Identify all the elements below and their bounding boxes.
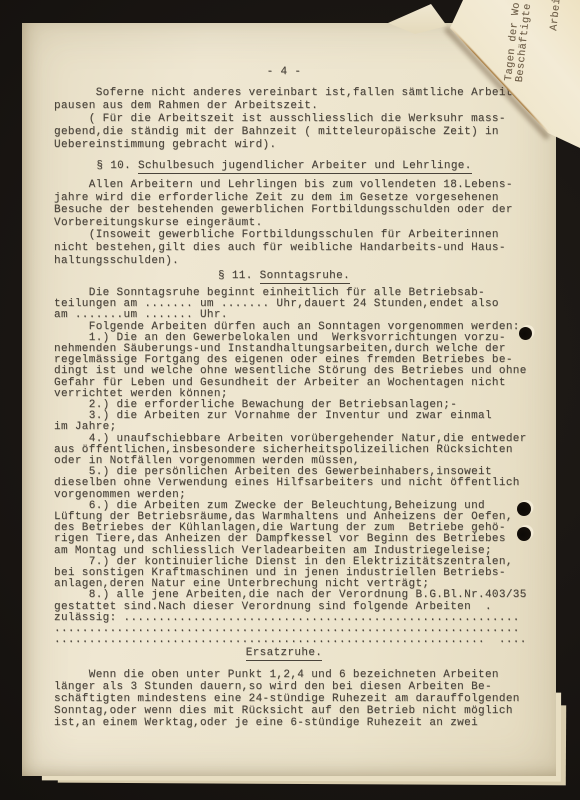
text-line: ........................................… [54,635,560,646]
text-line: dieselben ohne Verwendung eines Hilfsarb… [54,478,560,489]
text-line: Sonntag,oder wenn dies mit Rücksicht auf… [54,705,560,717]
text-line: 8.) alle jene Arbeiten,die nach der Vero… [54,590,560,601]
text-line: im Jahre; [54,422,560,433]
punch-hole [519,327,532,340]
text-line: (Insoweit gewerbliche Fortbildungsschule… [54,229,560,242]
text-line: nicht bestehen,gilt dies auch für weibli… [54,242,560,255]
intro-paragraphs: Soferne nicht anderes vereinbart ist,fal… [54,87,560,152]
section-10-heading: § 10. Schulbesuch jugendlicher Arbeiter … [54,160,514,172]
text-line: rigen Tiere,das Anheizen der Dampfkessel… [54,534,560,545]
section-11-title: Sonntagsruhe. [260,270,350,284]
ersatzruhe-title: Ersatzruhe. [246,647,322,661]
text-line: Allen Arbeitern und Lehrlingen bis zum v… [54,179,560,192]
section-11-heading: § 11. Sonntagsruhe. [54,270,514,282]
section-11-body: Die Sonntagsruhe beginnt einheitlich für… [54,288,560,647]
text-line: schäftigten mindestens eine 24-stündige … [54,693,560,705]
text-line: dingt ist und welche ohne wesentliche St… [54,366,560,377]
section-10-prefix: § 10. [96,160,138,172]
text-line: gebend,die ständig mit der Bahnzeit ( mi… [54,126,560,139]
document-page: - 4 - Soferne nicht anderes vereinbart i… [22,23,556,776]
punch-hole [517,502,531,516]
punch-hole [517,527,531,541]
text-line: haltungsschulden). [54,255,560,268]
text-line: am .......um ....... Uhr. [54,310,560,321]
text-line: Soferne nicht anderes vereinbart ist,fal… [54,87,560,100]
scanned-document-photo: { "colors": { "background": "#1a1613", "… [0,0,580,800]
text-line: Besuche der bestehenden gewerblichen For… [54,204,560,217]
text-line: pausen aus dem Rahmen der Arbeitszeit. [54,100,560,113]
text-line: ist,an einem Werktag,oder je eine 6-stün… [54,717,560,729]
ersatzruhe-heading: Ersatzruhe. [54,647,514,659]
attachment-edge-text: Arbei [548,0,565,32]
text-line: Wenn die oben unter Punkt 1,2,4 und 6 be… [54,669,560,681]
page-number: - 4 - [54,66,514,78]
section-10-body: Allen Arbeitern und Lehrlingen bis zum v… [54,179,560,267]
text-line: ( Für die Arbeitszeit ist ausschliesslic… [54,113,560,126]
attachment-rotated-text: Tagen der WoBeschäftigte [504,1,534,83]
text-line: länger als 3 Stunden dauern,so wird den … [54,681,560,693]
text-line: 3.) die Arbeiten zur Vornahme der Invent… [54,411,560,422]
text-line: Uebereinstimmung gebracht wird). [54,139,560,152]
section-11-prefix: § 11. [218,270,260,282]
ersatzruhe-body: Wenn die oben unter Punkt 1,2,4 und 6 be… [54,669,560,729]
text-line: jahre wird die erforderliche Zeit zu dem… [54,192,560,205]
section-10-title: Schulbesuch jugendlicher Arbeiter und Le… [138,160,472,174]
text-line: Vorbereitungskurse eingeräumt. [54,217,560,230]
